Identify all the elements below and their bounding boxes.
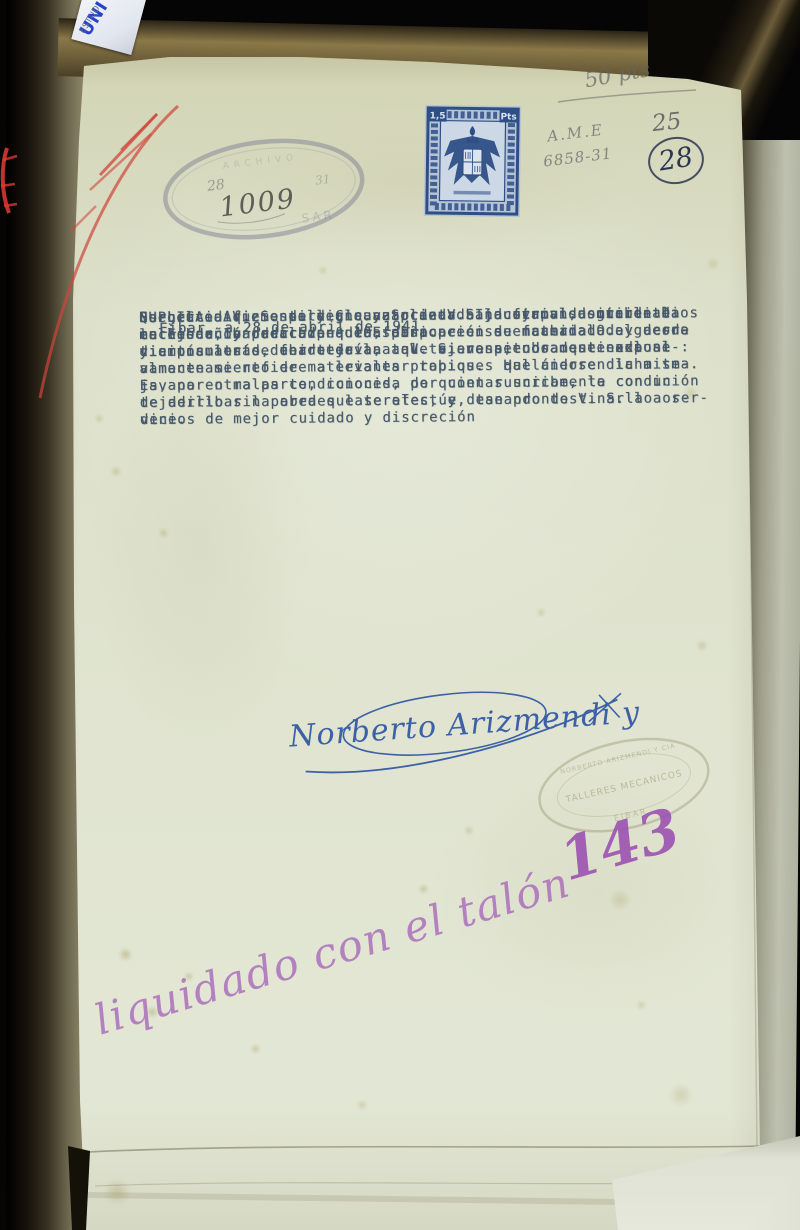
stain — [696, 640, 708, 651]
stain — [356, 1100, 368, 1110]
stain — [418, 884, 429, 894]
document-photo: ARCHIVO 28 1009 31 SAR 1,5 Pts — [0, 0, 800, 1230]
registry-arc-text: ARCHIVO — [222, 153, 298, 172]
stain — [636, 1000, 647, 1010]
stain — [318, 266, 328, 275]
stamp-unit: Pts — [500, 112, 516, 122]
stamp-value: 1,5 — [430, 111, 446, 121]
stain — [118, 948, 133, 961]
stain — [464, 826, 474, 835]
registry-faint-right: 31 — [314, 172, 331, 188]
company-stamp-middle: TALLERES MECANICOS — [564, 769, 684, 806]
stain — [94, 414, 104, 423]
company-stamp-top: NORBERTO ARIZMENDI Y CIA — [559, 742, 676, 776]
registry-pencil-number: 1009 — [218, 183, 298, 223]
stain — [608, 890, 632, 910]
letter-body: Norberto Arizmendi y Cia., Sociedad Indu… — [139, 305, 755, 310]
stain — [102, 1180, 132, 1204]
page-edge-left — [6, 0, 84, 1230]
stain — [110, 466, 122, 477]
company-stamp-bottom: EIBAR — [613, 807, 648, 823]
stain — [668, 1084, 694, 1106]
stain — [184, 972, 194, 981]
stain — [158, 528, 169, 538]
stain — [536, 608, 546, 617]
paper-sheet: ARCHIVO 28 1009 31 SAR 1,5 Pts — [0, 0, 800, 1230]
registry-faint-bottom: SAR — [301, 208, 336, 226]
stain — [706, 258, 720, 270]
stain — [250, 1044, 261, 1054]
fiscal-stamp: 1,5 Pts — [423, 104, 522, 217]
stain — [146, 1006, 159, 1018]
letter-date: Eibar, a 28 de abril de 1941. — [159, 318, 430, 337]
